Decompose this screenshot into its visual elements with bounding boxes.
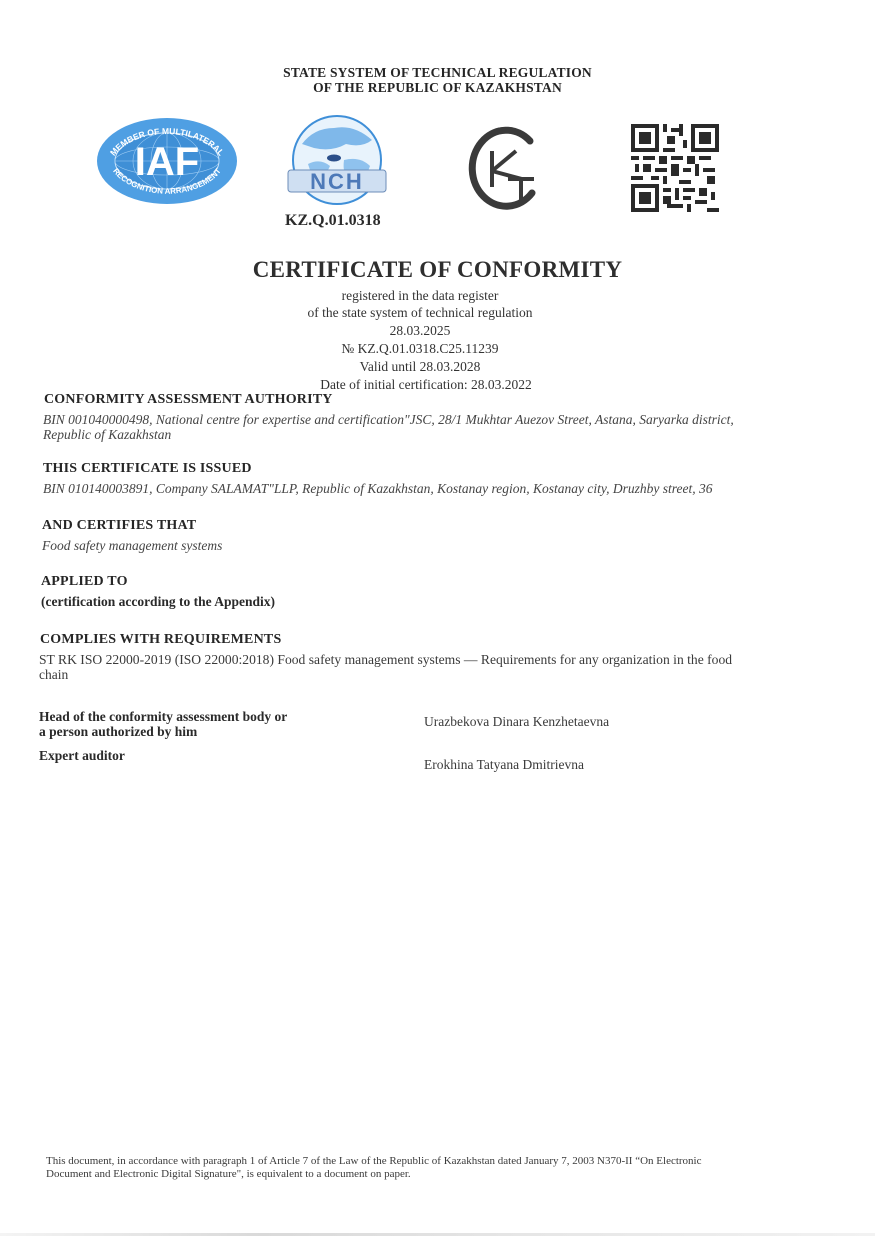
- footer-legal-line-2: Document and Electronic Digital Signatur…: [46, 1168, 411, 1180]
- registered-line-1: registered in the data register: [0, 288, 840, 304]
- authority-details-line-2: Republic of Kazakhstan: [43, 427, 171, 443]
- certificate-number: № KZ.Q.01.0318.C25.11239: [0, 341, 840, 357]
- authority-heading: CONFORMITY ASSESSMENT AUTHORITY: [44, 392, 333, 408]
- issued-heading: THIS CERTIFICATE IS ISSUED: [43, 461, 252, 477]
- complies-heading: COMPLIES WITH REQUIREMENTS: [40, 632, 281, 648]
- auditor-name: Erokhina Tatyana Dmitrievna: [424, 757, 584, 773]
- page-bottom-edge: [0, 1233, 875, 1236]
- complies-standard: ST RK ISO 22000-2019 (ISO 22000:2018) Fo…: [39, 652, 732, 668]
- nch-globe-logo-icon: NCH: [284, 114, 390, 210]
- issued-details: BIN 010140003891, Company SALAMAT"LLP, R…: [43, 481, 713, 497]
- footer-legal-line-1: This document, in accordance with paragr…: [46, 1155, 702, 1167]
- svg-text:IAF: IAF: [135, 140, 199, 184]
- kz-conformity-mark-icon: [466, 121, 546, 211]
- iaf-mla-logo-icon: IAF MEMBER OF MULTILATERAL RECOGNITION A…: [96, 117, 238, 205]
- header-line-1: STATE SYSTEM OF TECHNICAL REGULATION: [0, 65, 875, 81]
- head-label-line-2: a person authorized by him: [39, 724, 197, 740]
- registered-line-2: of the state system of technical regulat…: [0, 305, 840, 321]
- registered-date: 28.03.2025: [0, 323, 840, 339]
- applied-details: (certification according to the Appendix…: [41, 594, 275, 610]
- svg-text:NCH: NCH: [310, 169, 364, 194]
- complies-standard-line-2: chain: [39, 667, 68, 683]
- authority-details-line-1: BIN 001040000498, National centre for ex…: [43, 412, 734, 428]
- certifies-details: Food safety management systems: [42, 538, 222, 554]
- certificate-title: CERTIFICATE OF CONFORMITY: [0, 257, 875, 283]
- initial-certification-date: Date of initial certification: 28.03.202…: [6, 377, 846, 393]
- head-name: Urazbekova Dinara Kenzhetaevna: [424, 714, 609, 730]
- header-line-2: OF THE REPUBLIC OF KAZAKHSTAN: [0, 80, 875, 96]
- certifies-heading: AND CERTIFIES THAT: [42, 518, 196, 534]
- valid-until: Valid until 28.03.2028: [0, 359, 840, 375]
- auditor-label: Expert auditor: [39, 748, 125, 764]
- qr-code-icon: [631, 124, 719, 212]
- registration-number: KZ.Q.01.0318: [285, 212, 381, 230]
- applied-heading: APPLIED TO: [41, 574, 128, 590]
- head-label-line-1: Head of the conformity assessment body o…: [39, 709, 287, 725]
